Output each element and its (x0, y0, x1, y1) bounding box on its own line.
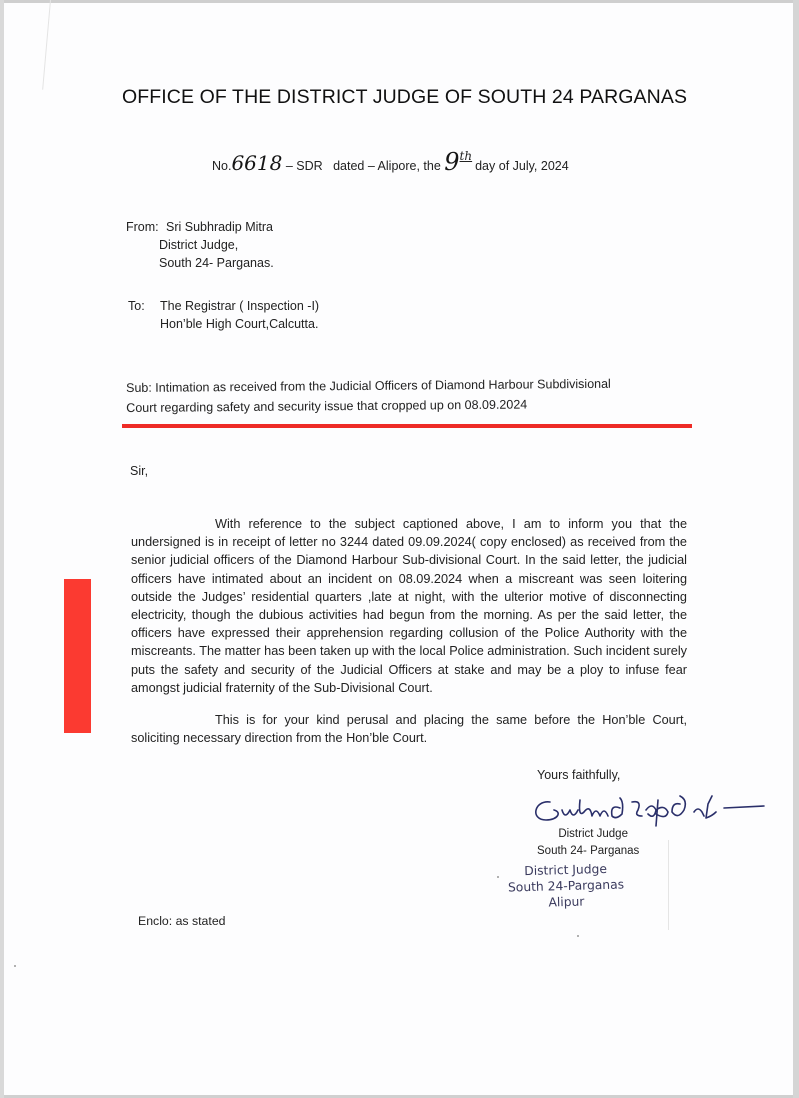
speck (497, 876, 499, 878)
signatory-designation: District Judge South 24- Parganas (547, 826, 639, 860)
from-label: From: (126, 218, 159, 236)
handwritten-ordinal: th (460, 149, 473, 163)
salutation: Sir, (130, 464, 148, 478)
sender-district: South 24- Parganas. (159, 254, 274, 272)
from-block: Sri Subhradip Mitra District Judge, Sout… (159, 218, 274, 272)
letter-page: OFFICE OF THE DISTRICT JUDGE OF SOUTH 24… (0, 0, 799, 1098)
recipient-title: The Registrar ( Inspection -I) (160, 297, 319, 315)
margin-highlight-bar (64, 579, 91, 733)
subject-highlight-underline (122, 424, 692, 428)
page-crease (42, 0, 51, 90)
speck (577, 935, 579, 937)
reference-suffix: – SDR dated – Alipore, the (282, 159, 444, 173)
handwritten-signature (528, 790, 768, 830)
signatory-district: South 24- Parganas (537, 843, 639, 860)
reference-prefix: No. (212, 159, 231, 173)
stamp-line-3: Alipur (508, 892, 624, 911)
recipient-court: Hon’ble High Court,Calcutta. (160, 315, 319, 333)
to-label: To: (128, 297, 145, 315)
stamp-line-2: South 24-Parganas (508, 876, 624, 895)
subject-block: Sub: Intimation as received from the Jud… (126, 374, 611, 418)
handwritten-day: 9 (444, 148, 459, 176)
sender-name: Sri Subhradip Mitra (159, 218, 274, 236)
to-block: The Registrar ( Inspection -I) Hon’ble H… (160, 297, 319, 333)
subject-line-1: Sub: Intimation as received from the Jud… (126, 374, 611, 398)
closing: Yours faithfully, (537, 768, 620, 782)
body-paragraph-2: This is for your kind perusal and placin… (131, 711, 687, 747)
reference-line: No.6618 – SDR dated – Alipore, the 9thda… (212, 148, 569, 176)
letterhead-title: OFFICE OF THE DISTRICT JUDGE OF SOUTH 24… (122, 86, 687, 109)
sender-designation: District Judge, (159, 236, 274, 254)
reference-date: day of July, 2024 (475, 159, 569, 173)
speck (14, 965, 16, 967)
handwritten-reference-number: 6618 (231, 151, 282, 175)
letter-body: With reference to the subject captioned … (131, 515, 687, 761)
signatory-title: District Judge (547, 826, 639, 843)
subject-line-2: Court regarding safety and security issu… (126, 394, 611, 418)
official-stamp: District Judge South 24-Parganas Alipur (507, 860, 624, 911)
stamp-border-mark (668, 840, 669, 930)
body-paragraph-1: With reference to the subject captioned … (131, 515, 687, 697)
enclosure-note: Enclo: as stated (138, 914, 226, 928)
